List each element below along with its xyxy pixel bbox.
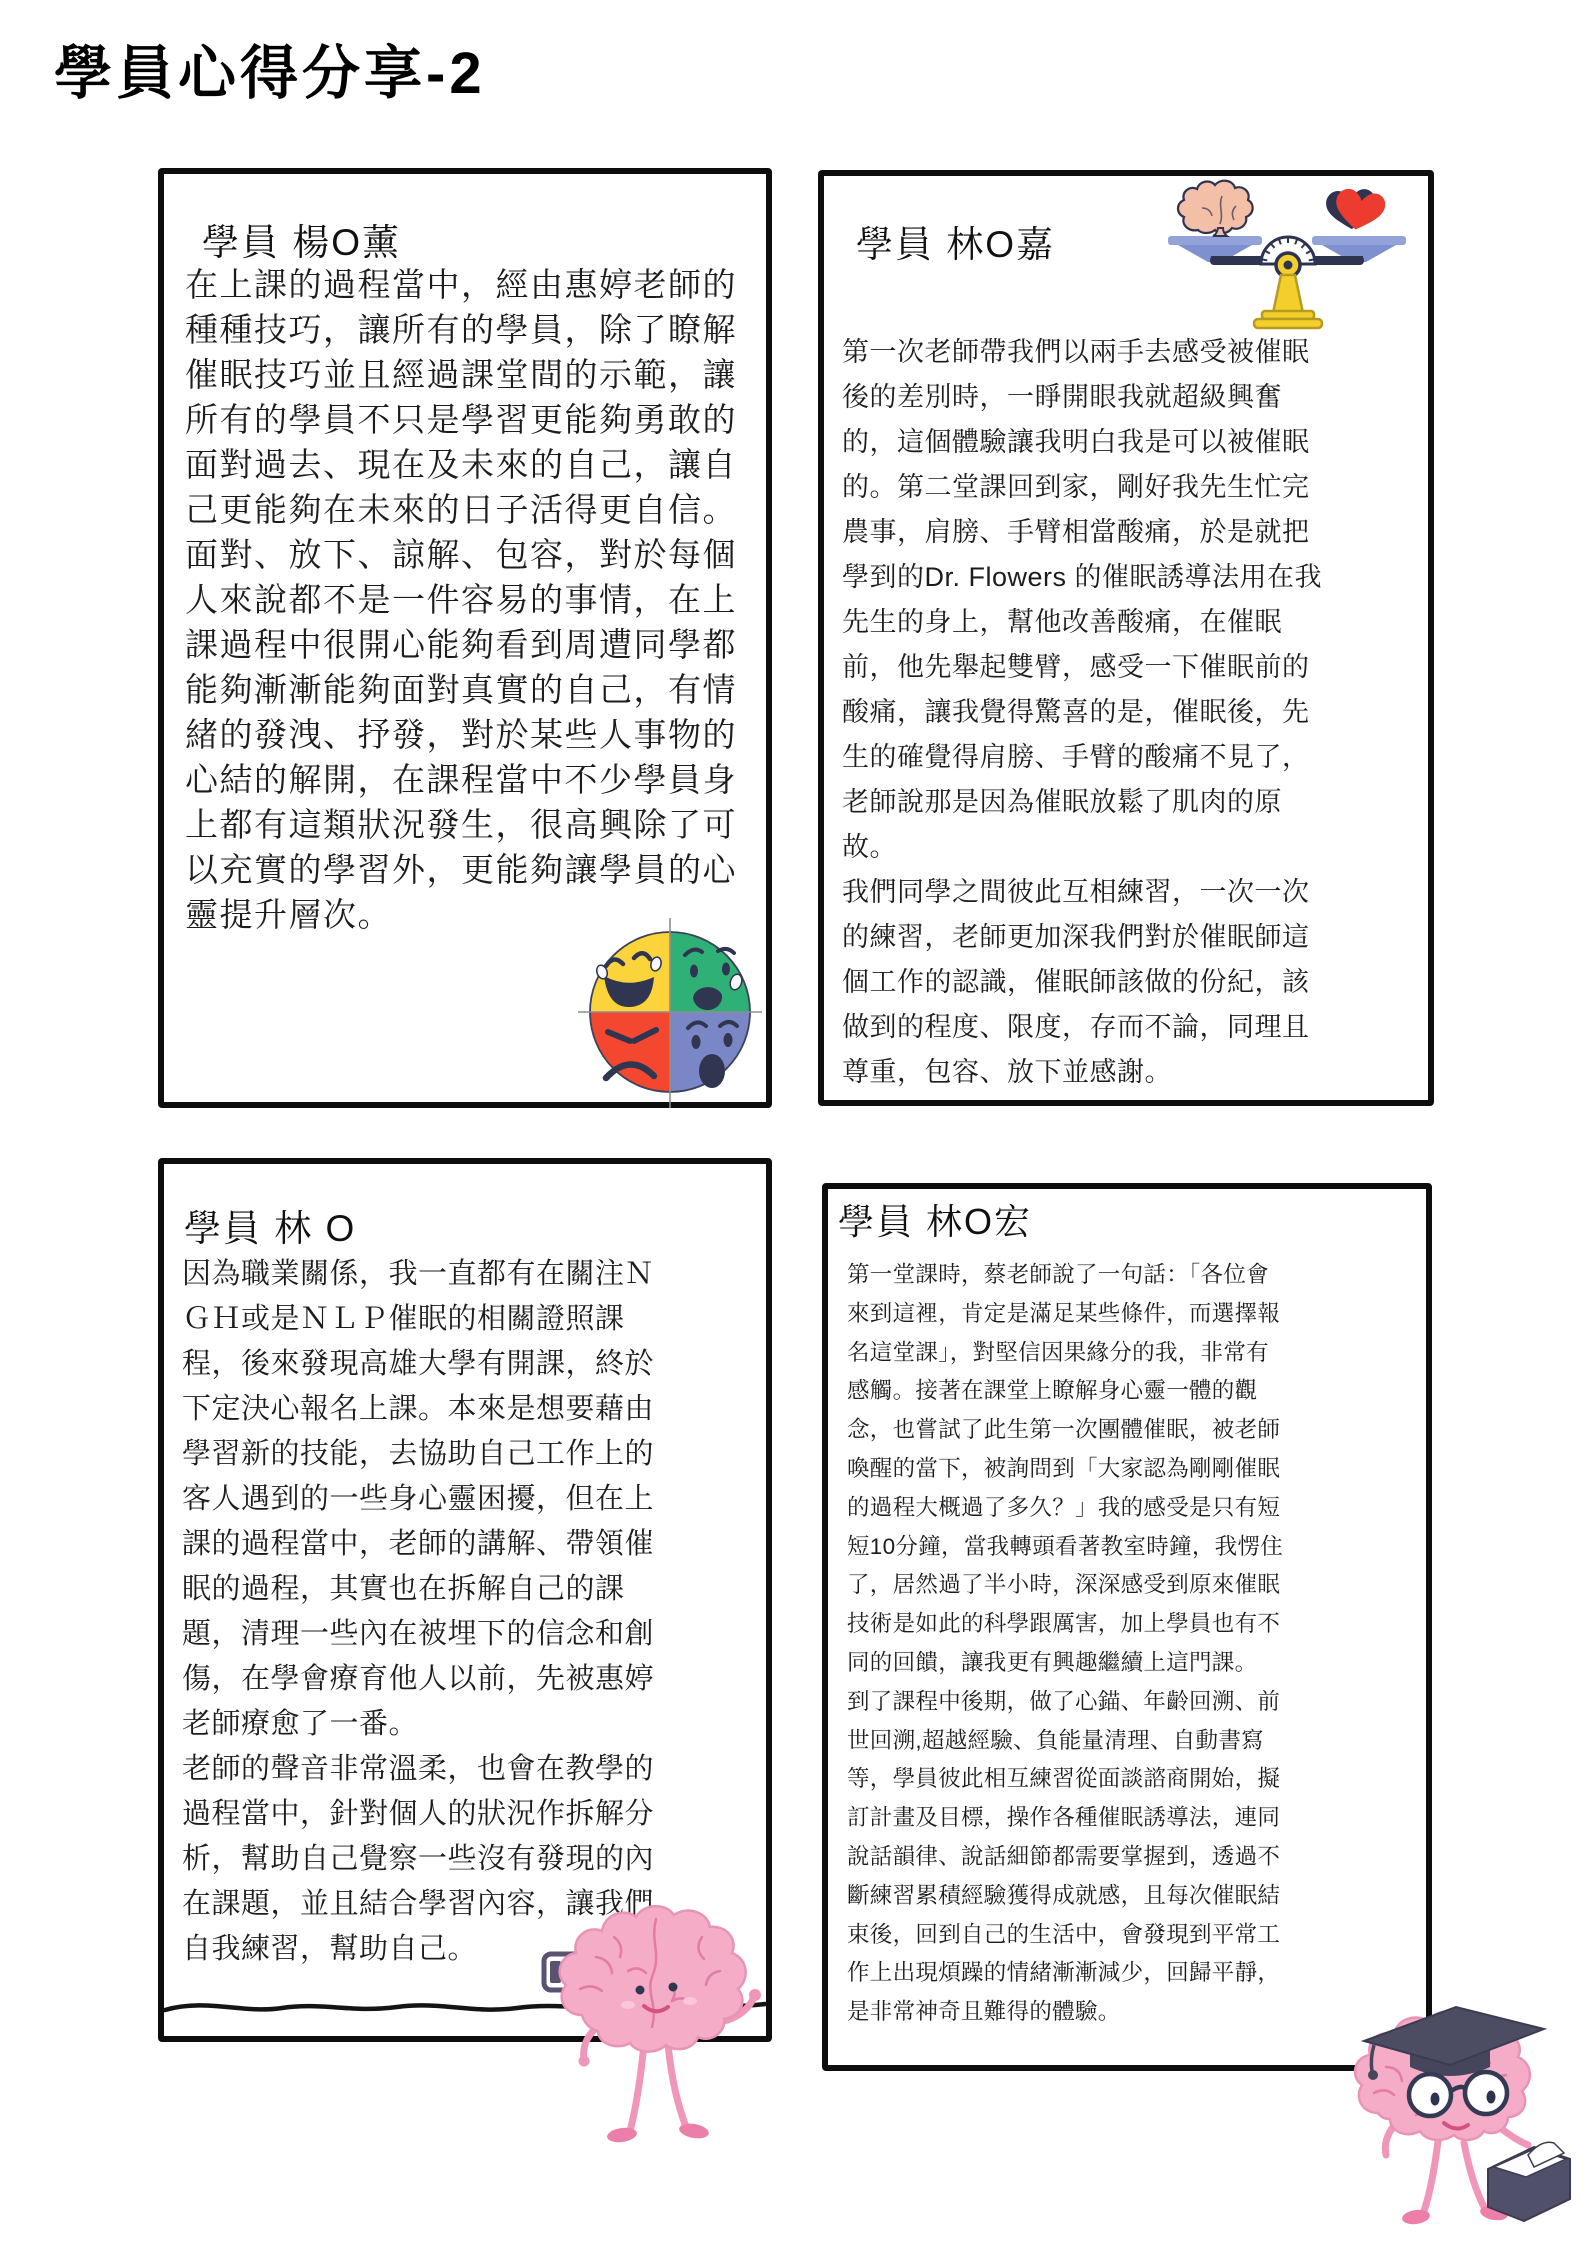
student-name-lin-jia: 學員 林O嘉 <box>856 214 1055 268</box>
scale-brain-icon <box>1178 181 1253 236</box>
scale-heart-icon <box>1325 187 1387 233</box>
brain-heart-balance-scale-icon <box>1162 178 1414 333</box>
page-title: 學員心得分享-2 <box>54 26 486 110</box>
student-name-lin: 學員 林 O <box>184 1198 356 1252</box>
student-name-yang: 學員 楊O薰 <box>202 212 401 266</box>
testimonial-text-yang: 在上課的過程當中，經由惠婷老師的種種技巧，讓所有的學員，除了瞭解催眠技巧並且經過… <box>185 262 737 937</box>
testimonial-page: 學員心得分享-2 學員 楊O薰 在上課的過程當中，經由惠婷老師的種種技巧，讓所有… <box>0 0 1587 2245</box>
emotion-wheel-icon <box>572 914 768 1110</box>
testimonial-text-lin: 因為職業關係，我一直都有在關注ＮＧＨ或是ＮＬＰ催眠的相關證照課程，後來發現高雄大… <box>182 1252 654 1972</box>
book-icon <box>1488 2142 1570 2221</box>
brain-mascot-waving-illustration <box>552 1893 767 2153</box>
testimonial-text-lin-jia: 第一次老師帶我們以兩手去感受被催眠後的差別時，一睜開眼我就超級興奮的，這個體驗讓… <box>842 330 1322 1095</box>
student-name-lin-hong: 學員 林O宏 <box>838 1194 1032 1245</box>
testimonial-text-lin-hong: 第一堂課時，蔡老師說了一句話：「各位會來到這裡，肯定是滿足某些條件，而選擇報名這… <box>847 1256 1283 2032</box>
brain-head <box>560 1906 746 2051</box>
brain-mascot-graduate-illustration <box>1338 1983 1573 2238</box>
